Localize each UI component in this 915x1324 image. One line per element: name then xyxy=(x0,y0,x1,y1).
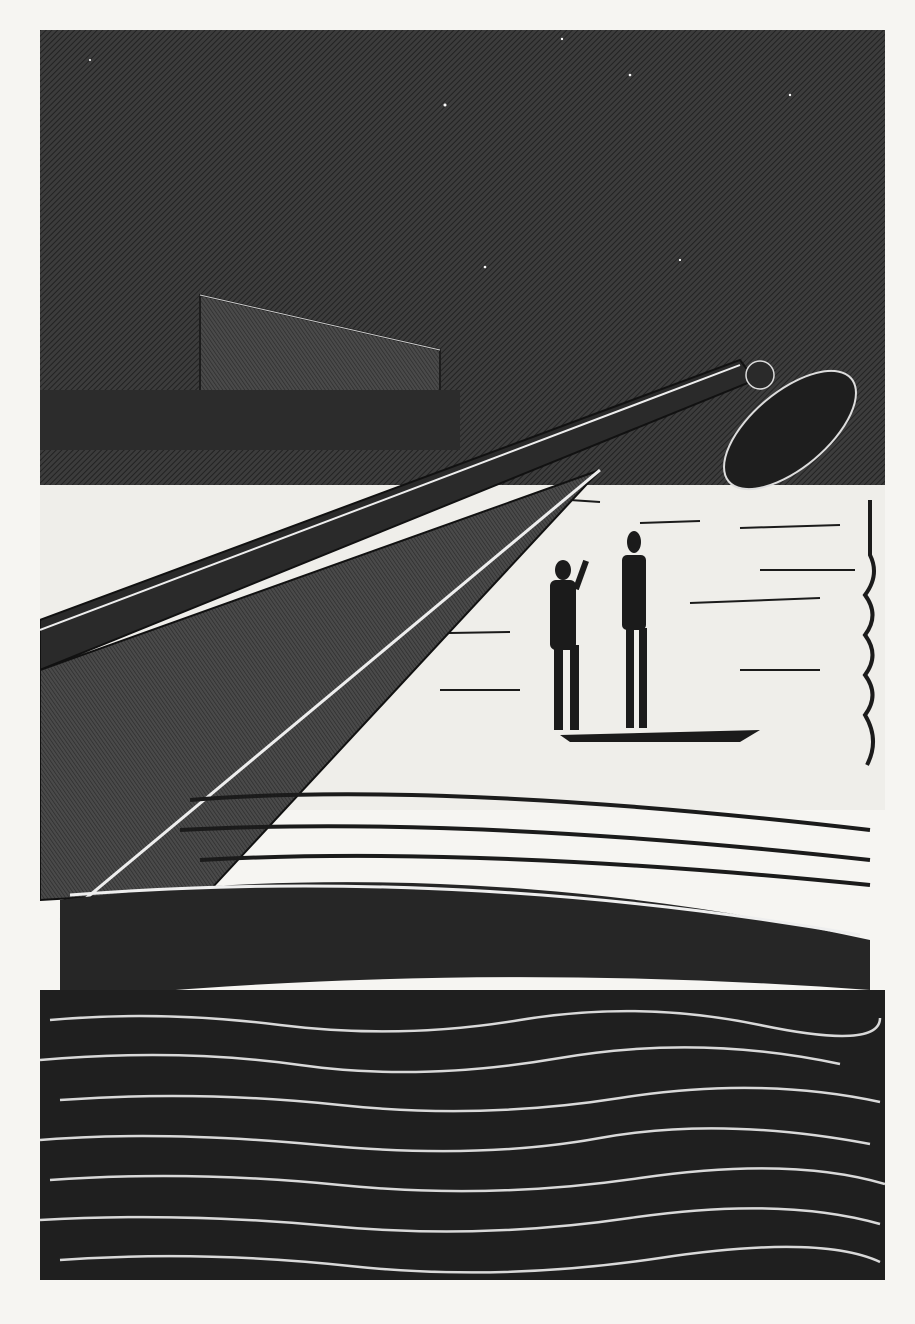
horizon-hill xyxy=(40,390,460,450)
submerged-hull xyxy=(60,882,870,1000)
illustration-canvas xyxy=(40,30,885,1280)
artist-signature xyxy=(855,495,885,770)
illustration xyxy=(40,30,885,1280)
